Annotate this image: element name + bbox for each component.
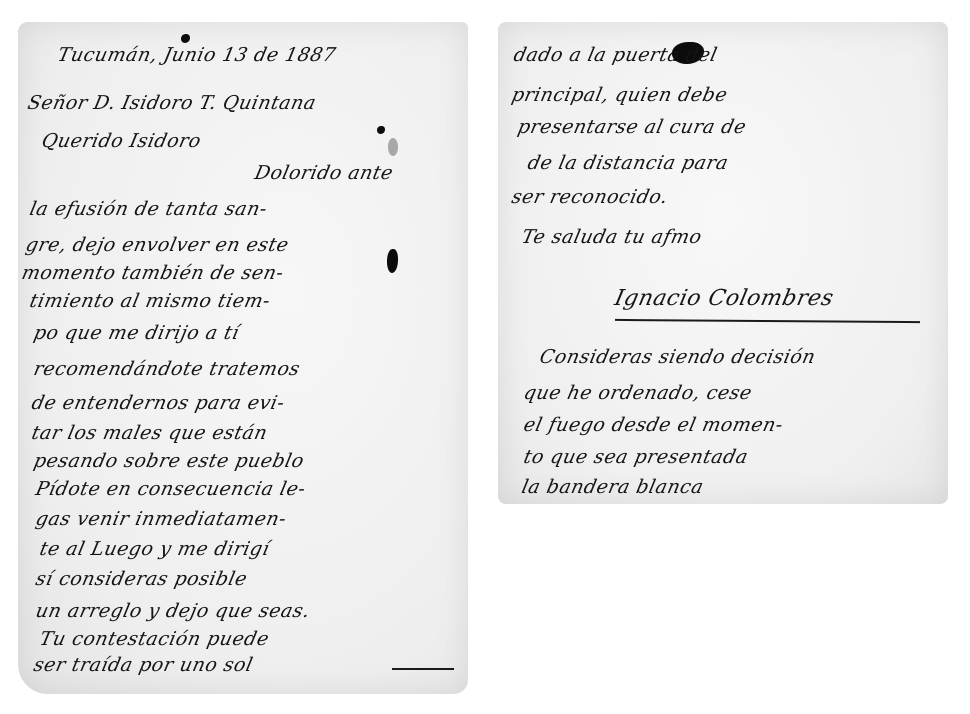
letter-body-line: presentarse al cura de: [516, 116, 749, 138]
letter-recipient-line: Señor D. Isidoro T. Quintana: [26, 92, 318, 114]
letter-body-line: te al Luego y me dirigí: [38, 538, 272, 560]
letter-body-line: de la distancia para: [526, 152, 731, 174]
postscript-line: la bandera blanca: [520, 476, 706, 498]
letter-body-line: dado a la puerta del: [512, 44, 720, 66]
postscript-line: Consideras siendo decisión: [538, 346, 818, 368]
ink-smudge: [388, 138, 398, 156]
letter-body-line: sí consideras posible: [34, 568, 250, 590]
letter-body-line: principal, quien debe: [510, 84, 730, 106]
letter-body-line: pesando sobre este pueblo: [32, 450, 307, 472]
letter-body-line: de entendernos para evi-: [30, 392, 287, 414]
letter-body-line: Dolorido ante: [253, 162, 396, 184]
postscript-line: el fuego desde el momen-: [522, 414, 786, 436]
letter-body-line: momento también de sen-: [20, 262, 286, 284]
letter-body-line: recomendándote tratemos: [32, 358, 302, 380]
letter-signature: Ignacio Colombres: [612, 286, 836, 311]
letter-salutation: Querido Isidoro: [40, 130, 204, 152]
letter-body-line: ser reconocido.: [510, 186, 670, 208]
letter-body-line: Tu contestación puede: [38, 628, 272, 650]
letter-closing: Te saluda tu afmo: [520, 226, 704, 248]
letter-body-line: un arreglo y dejo que seas.: [34, 600, 313, 622]
letter-body-line: tar los males que están: [30, 422, 270, 444]
postscript-line: to que sea presentada: [522, 446, 751, 468]
letter-body-line: Pídote en consecuencia le-: [34, 478, 308, 500]
letter-body-line: la efusión de tanta san-: [28, 198, 270, 220]
underline-mark: [392, 668, 454, 670]
letter-body-line: ser traída por uno sol: [32, 654, 255, 676]
letter-body-line: gas venir inmediatamen-: [34, 508, 289, 530]
letter-body-line: gre, dejo envolver en este: [24, 234, 291, 256]
letter-body-line: po que me dirijo a tí: [32, 322, 242, 344]
postscript-line: que he ordenado, cese: [522, 382, 754, 404]
letter-date-line: Tucumán, Junio 13 de 1887: [56, 44, 338, 66]
letter-body-line: timiento al mismo tiem-: [28, 290, 273, 312]
